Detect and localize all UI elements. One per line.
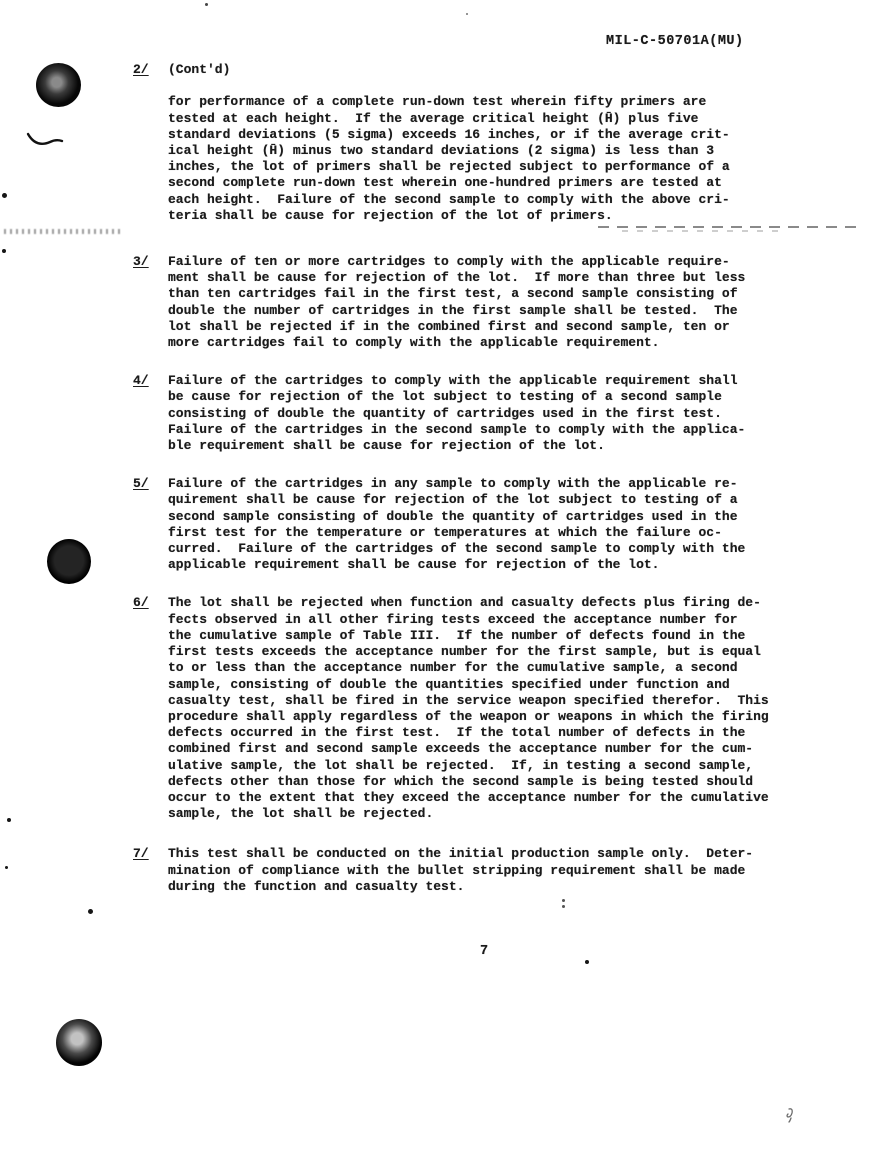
section-3: 3/ Failure of ten or more cartridges to … (133, 254, 798, 351)
section-4: 4/ Failure of the cartridges to comply w… (133, 373, 798, 454)
ink-dot (2, 193, 7, 198)
section-number: 2/ (133, 62, 168, 224)
section-number: 7/ (133, 846, 168, 895)
section-number: 3/ (133, 254, 168, 351)
hole-punch-mark-bottom (56, 1019, 102, 1066)
section-text: Failure of ten or more cartridges to com… (168, 254, 745, 351)
ink-dot (7, 818, 11, 822)
section-number: 4/ (133, 373, 168, 454)
hole-punch-mark-middle (47, 539, 91, 584)
smudge-mark (4, 229, 124, 234)
section-text: (Cont'd) for performance of a complete r… (168, 62, 730, 224)
section-2: 2/ (Cont'd) for performance of a complet… (133, 62, 798, 224)
page-number: 7 (480, 944, 488, 959)
document-page: MIL-C-50701A(MU) 2/ (Cont'd) for perform… (0, 0, 887, 1158)
section-text: Failure of the cartridges to comply with… (168, 373, 745, 454)
doc-number: MIL-C-50701A(MU) (606, 34, 744, 49)
section-7: 7/ This test shall be conducted on the i… (133, 846, 798, 895)
document-body: 2/ (Cont'd) for performance of a complet… (133, 62, 798, 917)
pen-squiggle-mark (26, 128, 66, 155)
section-text: Failure of the cartridges in any sample … (168, 476, 745, 573)
ink-dot (2, 249, 6, 253)
ink-dot (5, 866, 8, 869)
ink-dot (585, 960, 589, 964)
stray-mark-bottom-right (784, 1106, 798, 1129)
section-text: This test shall be conducted on the init… (168, 846, 753, 895)
section-5: 5/ Failure of the cartridges in any samp… (133, 476, 798, 573)
section-text: The lot shall be rejected when function … (168, 595, 769, 822)
hole-punch-mark-top (36, 63, 81, 107)
ink-dot (88, 909, 93, 914)
section-number: 5/ (133, 476, 168, 573)
section-number: 6/ (133, 595, 168, 822)
ink-dot (466, 13, 468, 15)
ink-dot (205, 3, 208, 6)
section-6: 6/ The lot shall be rejected when functi… (133, 595, 798, 822)
